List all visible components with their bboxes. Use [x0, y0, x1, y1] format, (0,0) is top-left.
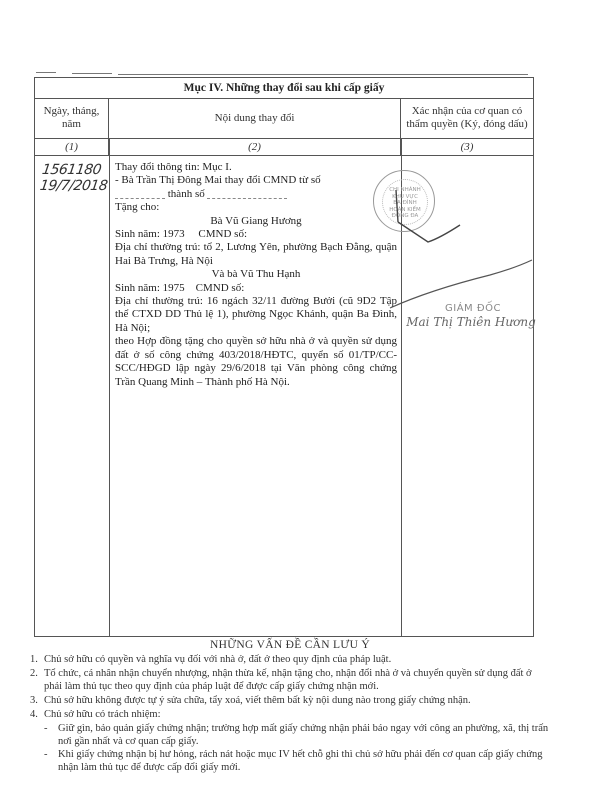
scan-line — [72, 73, 112, 74]
note-sub-item: - Khi giấy chứng nhận bị hư hỏng, rách n… — [44, 748, 550, 774]
signer-name: Mai Thị Thiên Hương — [396, 315, 546, 329]
content-line: Sinh năm: 1975 CMND số: — [115, 282, 397, 295]
column-number-3: (3) — [401, 139, 533, 156]
notes-title: NHỮNG VẤN ĐỀ CẦN LƯU Ý — [30, 639, 550, 652]
column-number-1: (1) — [35, 139, 109, 156]
handwritten-number: 1561180 — [41, 162, 111, 178]
content-text: thành số — [168, 188, 205, 200]
change-content: Thay đổi thông tin: Mục I. - Bà Trần Thị… — [115, 161, 397, 389]
note-item: 1. Chủ sở hữu có quyền và nghĩa vụ đối v… — [30, 653, 550, 666]
recipient-1-name: Bà Vũ Giang Hương — [115, 215, 397, 228]
changes-table: Mục IV. Những thay đổi sau khi cấp giấy … — [34, 77, 534, 637]
recipient-2-id: CMND số: — [196, 282, 245, 294]
column-number-2: (2) — [109, 139, 401, 156]
signer-title: GIÁM ĐỐC — [408, 303, 538, 314]
content-line: Sinh năm: 1973 CMND số: — [115, 228, 397, 241]
column-header-date: Ngày, tháng, năm — [35, 98, 109, 139]
recipient-2-birth: Sinh năm: 1975 — [115, 282, 185, 294]
note-sub-item: - Giữ gìn, bảo quản giấy chứng nhận; trư… — [44, 722, 550, 748]
handwritten-date: 19/7/2018 — [39, 178, 109, 194]
recipient-1-id: CMND số: — [198, 228, 247, 240]
recipient-1-address: Địa chỉ thường trú: tổ 2, Lương Yên, phư… — [115, 241, 397, 268]
column-divider — [109, 139, 110, 636]
column-header-confirmation: Xác nhận của cơ quan có thẩm quyền (Ký, … — [401, 98, 533, 139]
section-title: Mục IV. Những thay đổi sau khi cấp giấy — [35, 78, 533, 99]
content-line: - Bà Trần Thị Đông Mai thay đổi CMND từ … — [115, 174, 397, 187]
redacted-id — [115, 190, 165, 199]
notes-section: NHỮNG VẤN ĐỀ CẦN LƯU Ý 1. Chủ sở hữu có … — [30, 639, 550, 774]
recipient-2-address: Địa chỉ thường trú: 16 ngách 32/11 đường… — [115, 295, 397, 335]
scan-line — [36, 72, 56, 73]
scan-line — [118, 74, 528, 75]
content-line: Thay đổi thông tin: Mục I. — [115, 161, 397, 174]
note-item: 3. Chủ sở hữu không được tự ý sửa chữa, … — [30, 694, 550, 707]
note-item: 2. Tổ chức, cá nhân nhận chuyển nhượng, … — [30, 667, 550, 693]
recipient-2-name: Và bà Vũ Thu Hạnh — [115, 268, 397, 281]
contract-reference: theo Hợp đồng tặng cho quyền sở hữu nhà … — [115, 335, 397, 389]
redacted-id — [207, 190, 287, 199]
recipient-1-birth: Sinh năm: 1973 — [115, 228, 185, 240]
content-line: Tặng cho: — [115, 201, 397, 214]
column-header-content: Nội dung thay đổi — [109, 98, 401, 139]
content-line: thành số — [115, 188, 397, 201]
handwritten-entry: 1561180 19/7/2018 — [39, 162, 111, 194]
note-item: 4. Chủ sở hữu có trách nhiệm: — [30, 708, 550, 721]
signature-icon — [370, 180, 540, 320]
